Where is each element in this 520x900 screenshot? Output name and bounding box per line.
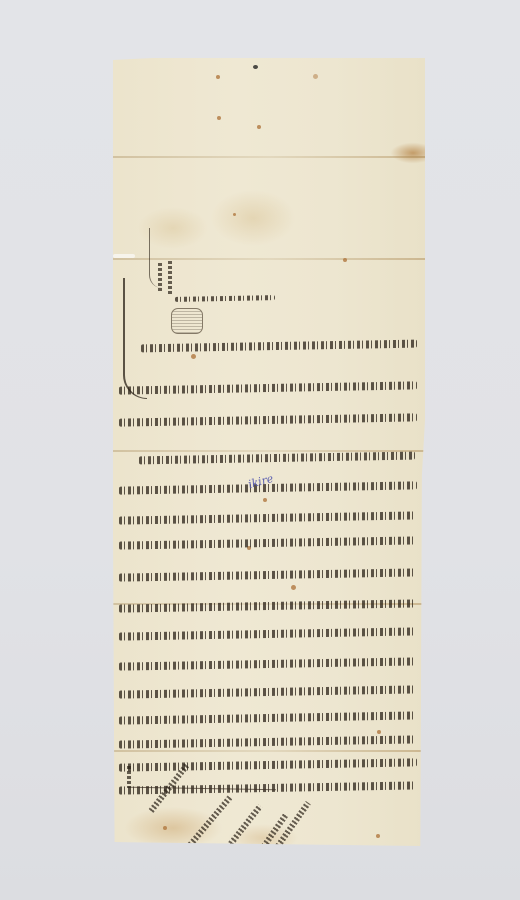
text-line <box>119 568 415 581</box>
text-line <box>119 735 415 748</box>
ink-seal <box>171 308 203 334</box>
text-line <box>119 381 417 394</box>
stain-spot <box>163 826 167 830</box>
marginal-note <box>168 261 172 296</box>
ink-mark <box>253 65 258 69</box>
paper-tear <box>113 254 135 258</box>
fold-line <box>113 750 425 752</box>
manuscript-paper: ikire <box>113 58 425 846</box>
text-line <box>119 758 417 771</box>
stain-spot <box>191 354 196 359</box>
text-line <box>119 599 415 612</box>
marginal-flourish <box>123 278 147 399</box>
stain-spot <box>291 585 296 590</box>
fold-line <box>113 156 425 158</box>
text-line <box>119 657 415 670</box>
stain-spot <box>233 213 236 216</box>
stain-spot <box>216 75 220 79</box>
witness-signature <box>183 795 233 852</box>
date-note <box>127 766 131 788</box>
stain-spot <box>257 125 261 129</box>
text-line <box>139 452 415 465</box>
text-line <box>119 711 415 724</box>
marginal-note <box>158 263 162 291</box>
text-line <box>119 627 415 640</box>
text-line <box>119 536 415 549</box>
stain-spot <box>217 116 221 120</box>
stain-spot <box>313 74 318 79</box>
text-line <box>119 511 415 524</box>
witness-mark <box>274 850 287 863</box>
stain-spot <box>343 258 347 262</box>
stain-spot <box>377 730 381 734</box>
text-line <box>119 685 415 698</box>
marginal-note-line <box>175 295 275 302</box>
text-line <box>141 340 417 353</box>
stain-spot <box>263 498 267 502</box>
stain-spot <box>376 834 380 838</box>
text-line <box>119 413 417 426</box>
